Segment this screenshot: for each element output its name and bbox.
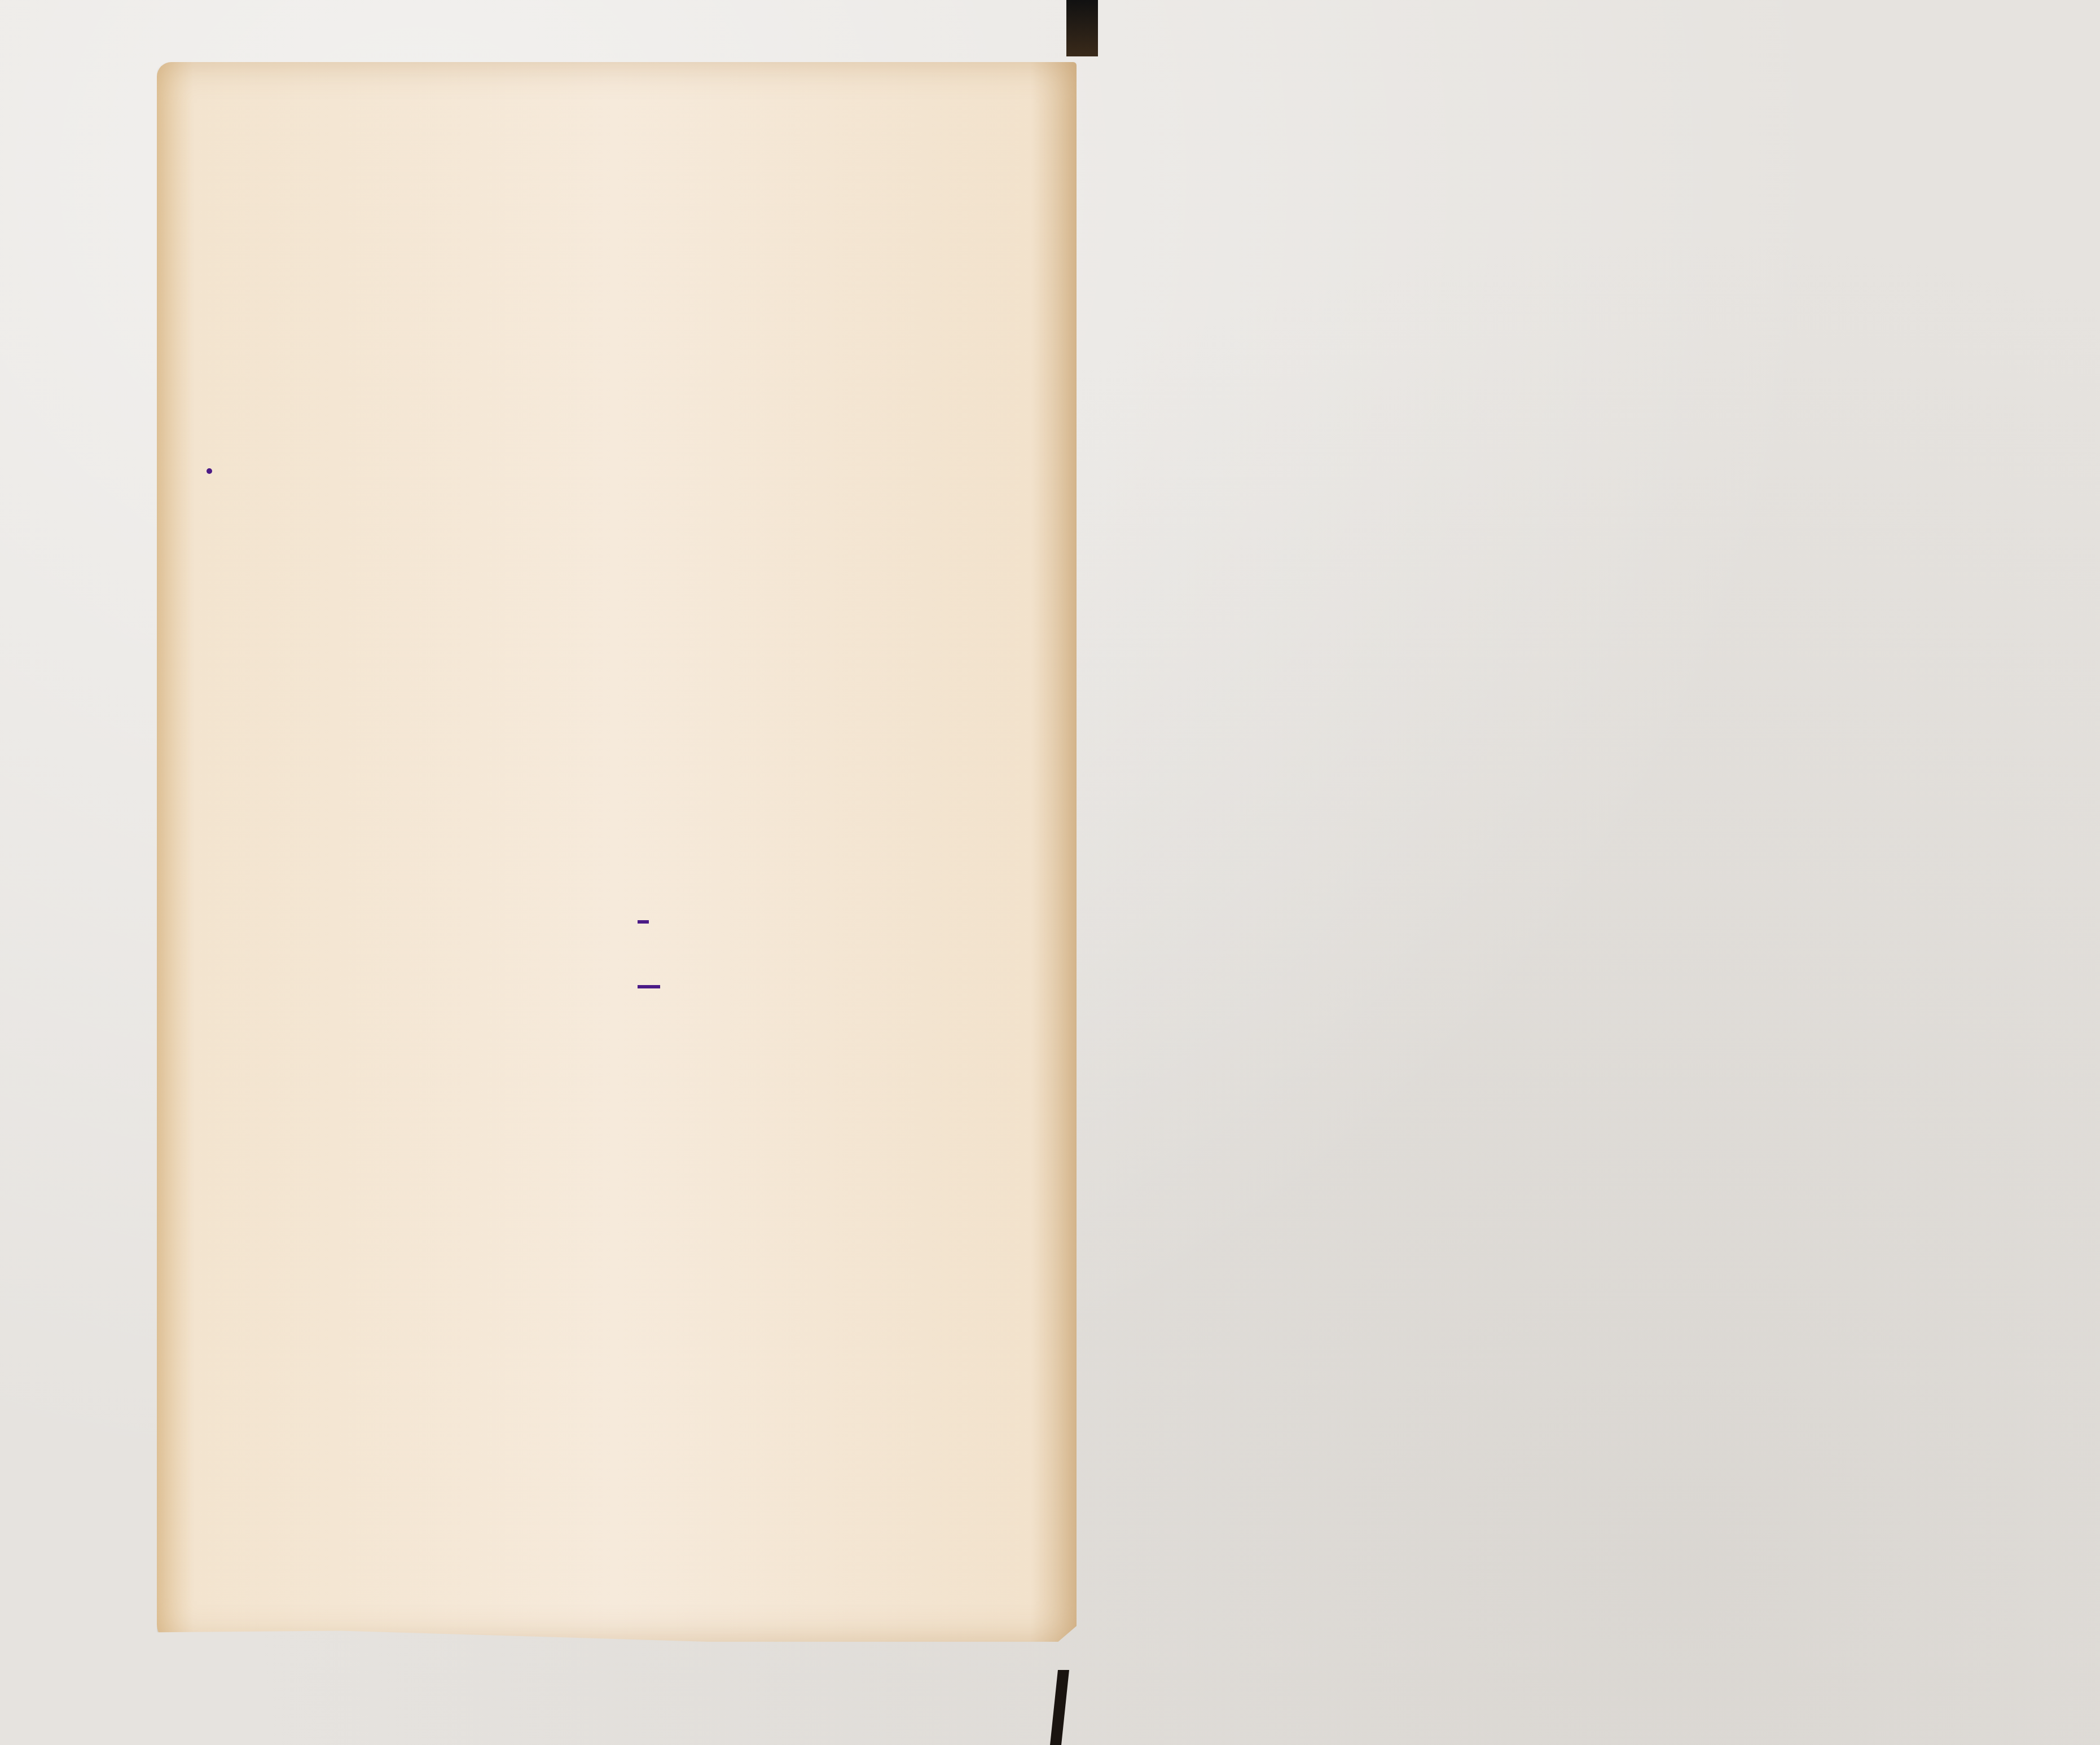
book-spine-bottom <box>1050 1670 1069 1745</box>
concert-4 <box>638 942 660 981</box>
book-spine-top <box>1066 0 1098 56</box>
concert-4-date <box>638 940 660 988</box>
ink-dot <box>207 468 212 474</box>
concert-3-date <box>638 875 649 924</box>
concert-3 <box>638 877 649 916</box>
left-page <box>157 62 1077 1642</box>
